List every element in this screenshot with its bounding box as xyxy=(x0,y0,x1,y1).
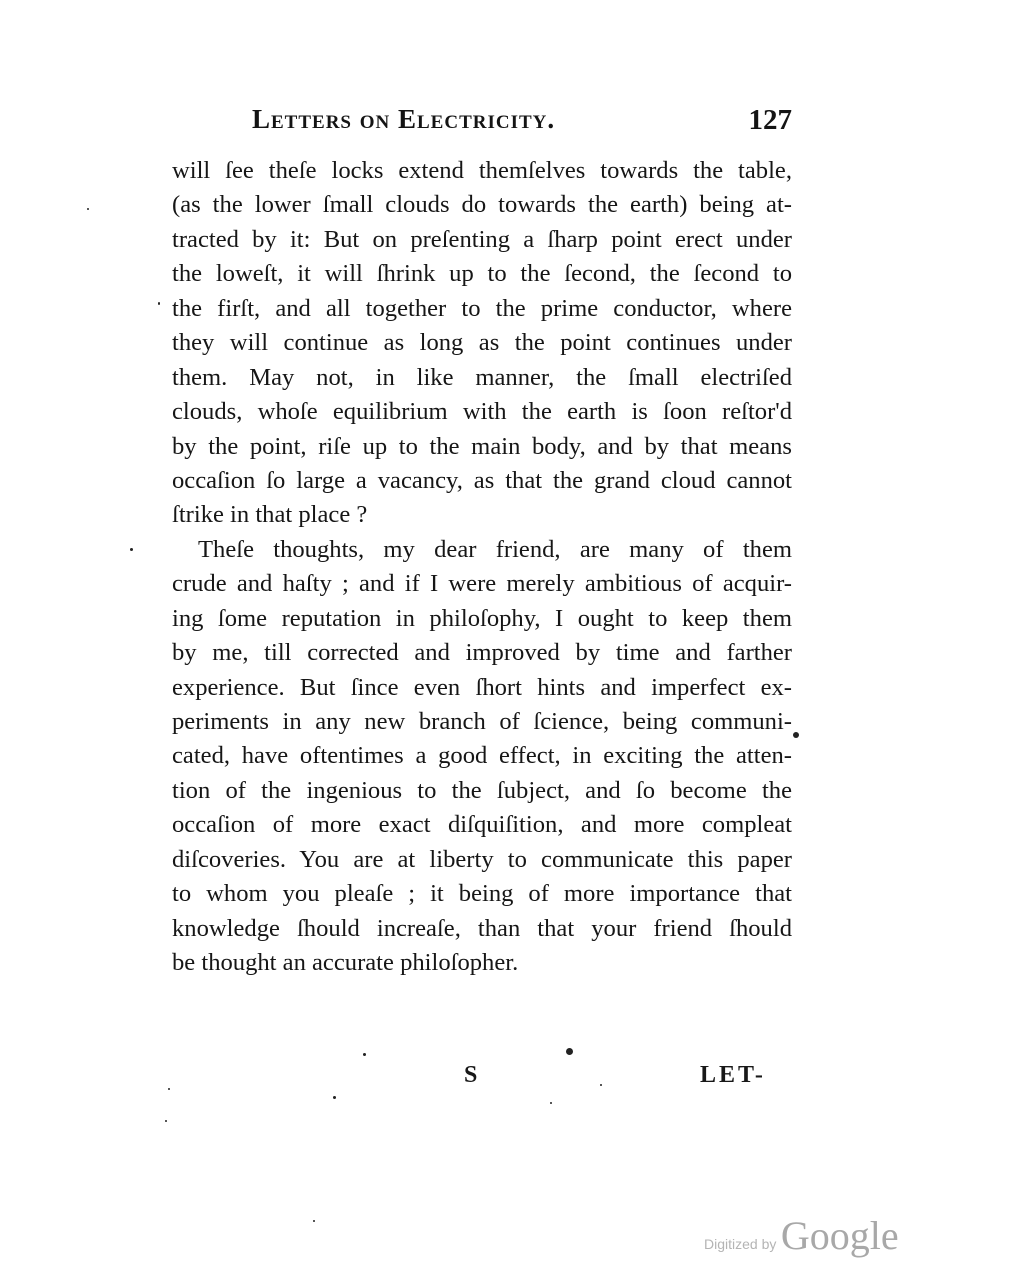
running-title: Letters on Electricity. xyxy=(252,104,555,135)
watermark-prefix: Digitized by xyxy=(704,1236,776,1252)
scan-speck xyxy=(313,1220,315,1222)
text-line: they will continue as long as the point … xyxy=(172,326,792,360)
scan-speck xyxy=(333,1096,336,1099)
text-line: by the point, riſe up to the main body, … xyxy=(172,430,792,464)
text-line: (as the lower ſmall clouds do towards th… xyxy=(172,188,792,222)
text-line: crude and haſty ; and if I were merely a… xyxy=(172,567,792,601)
scan-speck xyxy=(130,548,133,551)
text-line: experience. But ſince even ſhort hints a… xyxy=(172,671,792,705)
text-line: diſcoveries. You are at liberty to commu… xyxy=(172,843,792,877)
text-line: knowledge ſhould increaſe, than that you… xyxy=(172,912,792,946)
scan-speck xyxy=(87,208,89,210)
body-text: will ſee theſe locks extend themſelves t… xyxy=(172,154,792,981)
scan-speck xyxy=(168,1088,170,1090)
paragraph-start-line: Theſe thoughts, my dear friend, are many… xyxy=(172,533,792,567)
scan-speck xyxy=(363,1053,366,1056)
page-number: 127 xyxy=(749,104,793,137)
scan-speck xyxy=(600,1084,602,1086)
scan-speck xyxy=(158,302,160,305)
text-line: occaſion ſo large a vacancy, as that the… xyxy=(172,464,792,498)
digitized-by-google-watermark: Digitized by Google xyxy=(704,1212,899,1259)
paragraph-end-line: be thought an accurate philoſopher. xyxy=(172,946,792,980)
paragraph-end-line: ſtrike in that place ? xyxy=(172,498,792,532)
text-line: them. May not, in like manner, the ſmall… xyxy=(172,361,792,395)
text-line: cated, have oftentimes a good effect, in… xyxy=(172,739,792,773)
text-line: clouds, whoſe equilibrium with the earth… xyxy=(172,395,792,429)
scan-speck xyxy=(793,732,799,738)
text-line: the firſt, and all together to the prime… xyxy=(172,292,792,326)
text-line: ing ſome reputation in philoſophy, I oug… xyxy=(172,602,792,636)
text-line: the loweſt, it will ſhrink up to the ſec… xyxy=(172,257,792,291)
page-footer: S LET- xyxy=(0,1062,1014,1096)
scan-speck xyxy=(550,1102,552,1104)
text-line: will ſee theſe locks extend themſelves t… xyxy=(172,154,792,188)
scan-speck xyxy=(165,1120,167,1122)
text-line: to whom you pleaſe ; it being of more im… xyxy=(172,877,792,911)
page-header: Letters on Electricity. 127 xyxy=(252,104,792,144)
text-line: by me, till corrected and improved by ti… xyxy=(172,636,792,670)
google-logo-text: Google xyxy=(781,1213,899,1258)
text-line: tracted by it: But on preſenting a ſharp… xyxy=(172,223,792,257)
scan-speck xyxy=(566,1048,573,1055)
catchword: LET- xyxy=(700,1062,766,1089)
signature-mark: S xyxy=(464,1062,477,1089)
text-line: occaſion of more exact diſquiſition, and… xyxy=(172,808,792,842)
text-line: periments in any new branch of ſcience, … xyxy=(172,705,792,739)
text-line: tion of the ingenious to the ſubject, an… xyxy=(172,774,792,808)
scanned-book-page: Letters on Electricity. 127 will ſee the… xyxy=(0,0,1014,1282)
